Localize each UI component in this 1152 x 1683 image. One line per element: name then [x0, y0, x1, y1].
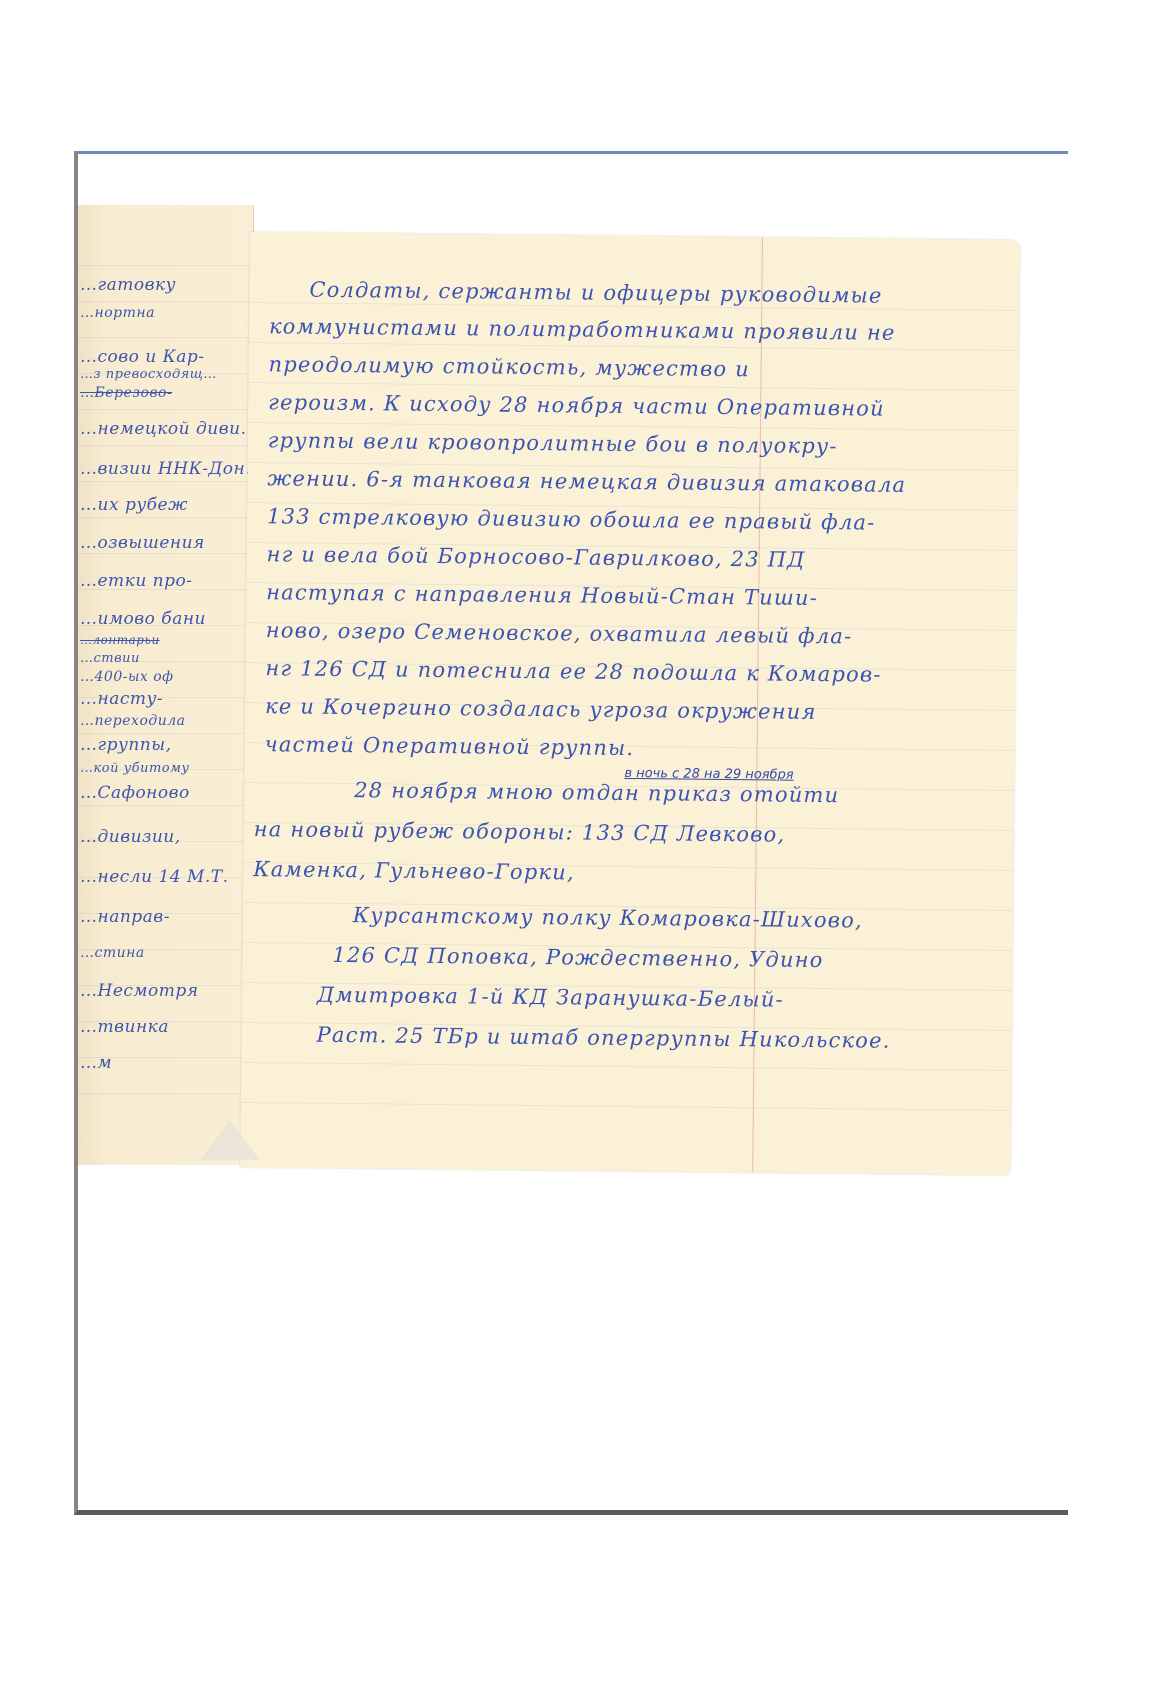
left-line: …группы, [80, 735, 171, 755]
text-line: 133 стрелковую дивизию обошла ее правый … [267, 504, 876, 534]
page-fold-corner [200, 1120, 260, 1160]
text-line: Раст. 25 ТБр и штаб опергруппы Никольско… [316, 1023, 890, 1053]
left-line: …нортна [80, 305, 155, 321]
text-line: героизм. К исходу 28 ноября части Операт… [268, 390, 885, 420]
left-line: …з превосходящ… [80, 367, 217, 382]
text-line: ново, озеро Семеновское, охватила левый … [266, 618, 853, 648]
left-line: …кой убитому [80, 761, 189, 776]
left-line-struck: …Березово- [80, 385, 172, 401]
left-line: …гатовку [80, 275, 176, 295]
text-line: жении. 6-я танковая немецкая дивизия ата… [267, 466, 906, 497]
left-line: …визии ННК-Дон. [80, 459, 251, 479]
text-line: коммунистами и политработниками проявили… [269, 314, 896, 345]
text-line: наступая с направления Новый-Стан Тиши- [266, 580, 818, 610]
left-line: …дивизии, [80, 827, 181, 847]
text-line: частей Оперативной группы. [265, 732, 635, 760]
main-page: Солдаты, сержанты и офицеры руководимые … [240, 232, 1020, 1175]
left-line: …имово бани [80, 609, 206, 629]
text-line: группы вели кровопролитные бои в полуокр… [268, 428, 838, 458]
left-line: …озвышения [80, 533, 205, 553]
left-line: …переходила [80, 713, 186, 729]
left-line: …направ- [80, 907, 170, 927]
left-line: …ствии [80, 651, 140, 666]
text-line: 28 ноября мною отдан приказ отойти [354, 778, 839, 807]
left-line: …их рубеж [80, 495, 188, 515]
text-line: Курсантскому полку Комаровка-Шихово, [353, 903, 863, 932]
left-line: …м [80, 1053, 112, 1073]
text-line: нг и вела бой Борносово-Гаврилково, 23 П… [267, 542, 806, 572]
text-line: Каменка, Гульнево-Горки, [253, 857, 575, 884]
left-line: …немецкой диви. [80, 419, 247, 439]
insertion-note: в ночь с 28 на 29 ноября [624, 766, 793, 783]
text-line: на новый рубеж обороны: 133 СД Левково, [254, 817, 786, 847]
left-line: …Сафоново [80, 783, 190, 803]
left-line: …етки про- [80, 571, 193, 591]
text-line: нг 126 СД и потеснила ее 28 подошла к Ко… [265, 656, 881, 686]
left-line: …Несмотря [80, 981, 199, 1001]
left-line-struck: …лонтарьи [80, 633, 160, 647]
text-line: 126 СД Поповка, Рождественно, Удино [332, 943, 823, 972]
left-line: …несли 14 М.Т. [80, 867, 229, 887]
text-line: преодолимую стойкость, мужество и [268, 352, 750, 381]
left-line: …насту- [80, 689, 163, 709]
left-line: …твинка [80, 1017, 169, 1037]
left-line: …стина [80, 945, 145, 961]
text-line: ке и Кочергино создалась угроза окружени… [265, 694, 817, 724]
left-page-fragment: …гатовку …нортна …сово и Кар- …з превосх… [78, 205, 254, 1165]
left-line: …сово и Кар- [80, 347, 205, 367]
left-line: …400-ых оф [80, 669, 174, 685]
text-line: Дмитровка 1-й КД Заранушка-Белый- [317, 983, 784, 1012]
